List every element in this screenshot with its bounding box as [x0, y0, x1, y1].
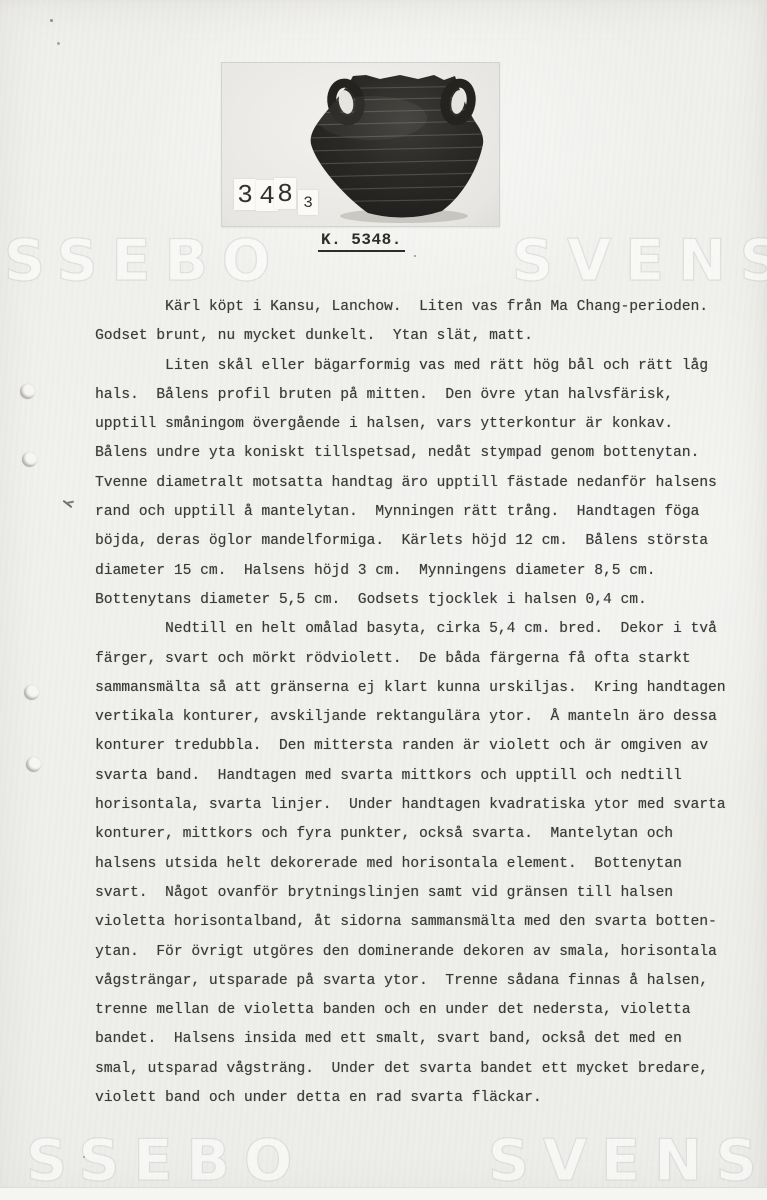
catalog-number-digit: 8 — [274, 178, 296, 209]
pot-right-handle — [442, 81, 474, 123]
watermark-bottom-right: SVENSKT — [488, 1128, 767, 1194]
catalog-number-digit: 3 — [234, 179, 256, 210]
punch-hole — [26, 757, 41, 772]
punch-hole — [20, 384, 35, 399]
scanned-page: SSEBO SVENSKT SSEBO SVENSKT — [0, 0, 767, 1200]
ink-speck — [414, 255, 416, 257]
watermark-top-right: SVENSKT — [512, 228, 767, 294]
photo-print: 3 4 8 3 — [221, 62, 500, 227]
punch-hole — [22, 452, 37, 467]
caption: K. 5348. — [318, 231, 405, 252]
ink-speck — [83, 1156, 85, 1158]
watermark-top-left: SSEBO — [4, 228, 284, 294]
ink-speck — [50, 19, 53, 22]
punch-hole — [24, 685, 39, 700]
catalog-number-subscript: 3 — [298, 190, 318, 215]
ink-speck — [57, 42, 60, 45]
watermark-bottom-left: SSEBO — [26, 1128, 306, 1194]
pen-tick-mark — [63, 500, 73, 508]
scan-edge-strip — [0, 1187, 767, 1200]
typewritten-text: Kärl köpt i Kansu, Lanchow. Liten vas fr… — [95, 293, 726, 1113]
ink-speck — [364, 338, 366, 340]
